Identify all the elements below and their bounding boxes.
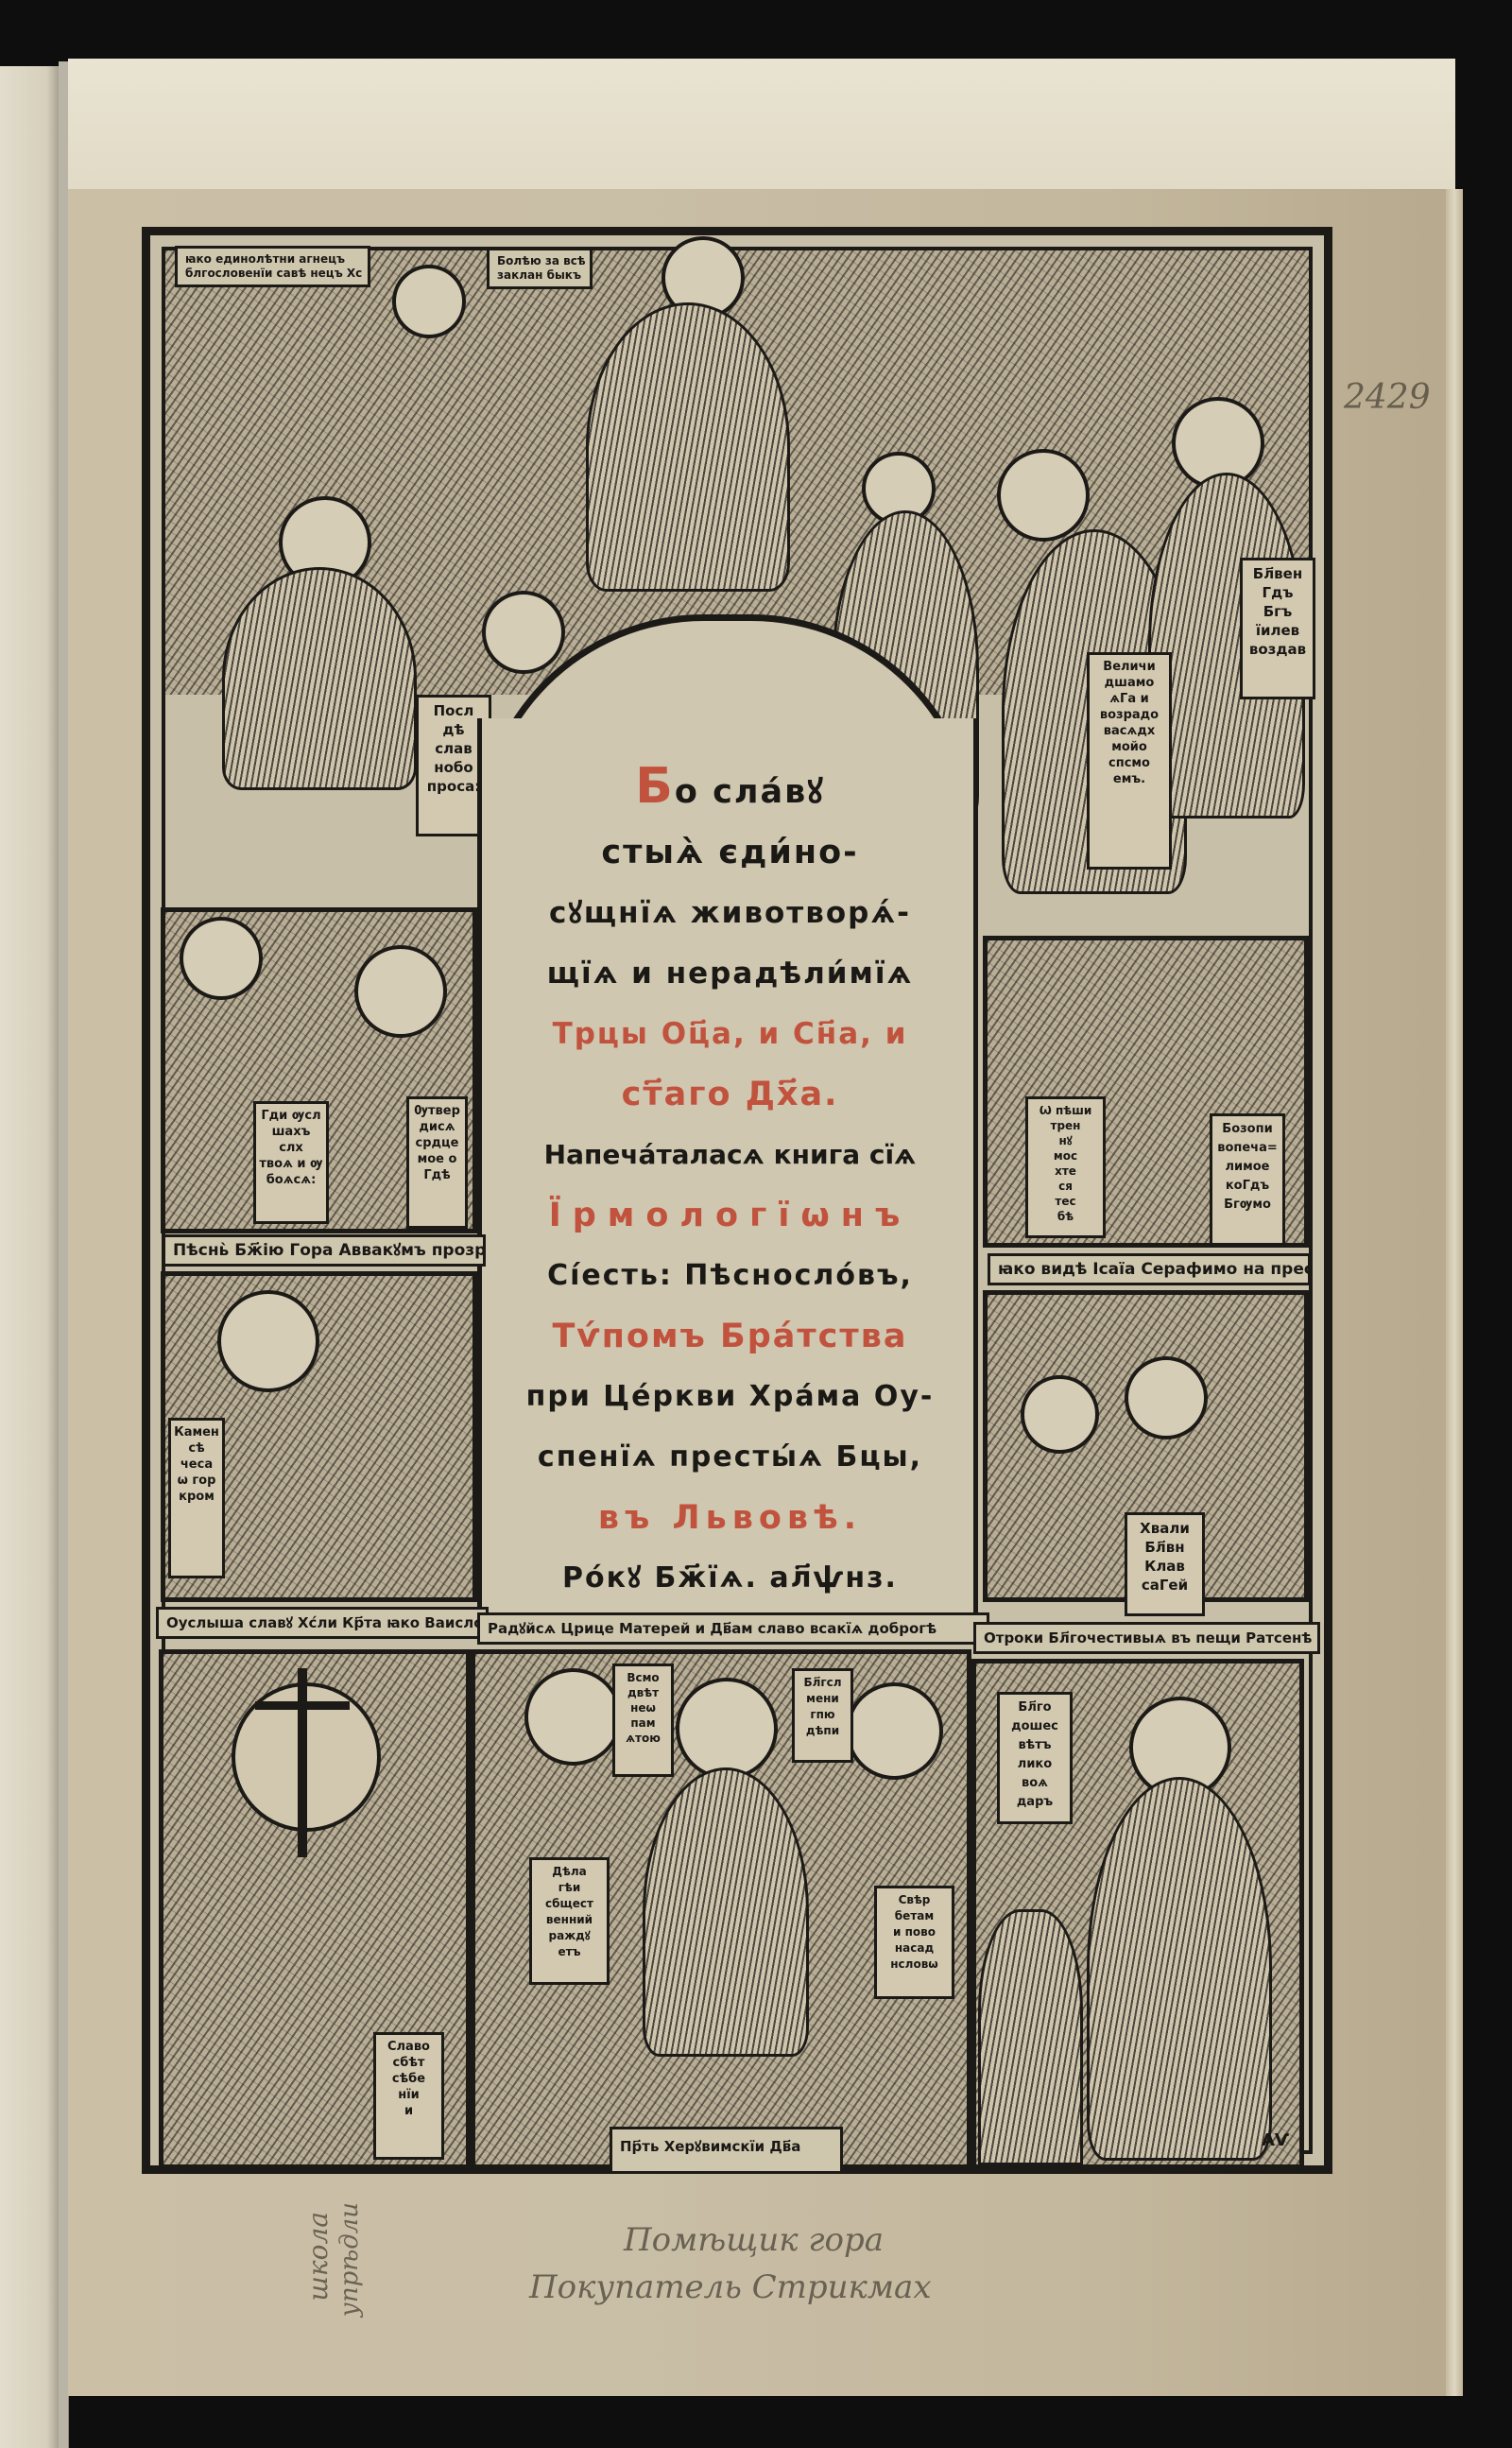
title-line-8: Їрмологїѡнъ (487, 1185, 973, 1246)
title-line-4: щїѧ и нерадѣли́мїѧ (487, 943, 973, 1004)
virgin-halo (997, 449, 1090, 542)
standing-saint-figure (1087, 1777, 1272, 2161)
lamb-halo (392, 265, 466, 338)
church-building (978, 1909, 1083, 2165)
handwriting-vertical-1: школа (302, 2212, 334, 2301)
banner-lower-right: Отроки Бл҃гочестивыѧ въ пещи Ратсенѣ (973, 1622, 1320, 1654)
plinth-inscription: Пр҃ть Херꙋвимскїи Дв҃а (610, 2127, 843, 2174)
title-line-11: при Цéркви Хра́ма Оу- (487, 1367, 973, 1427)
banner-mid-right: ꙗко видѣ Ісаїа Серафимо на престолѣ (988, 1253, 1311, 1285)
prophet-halo (482, 591, 565, 674)
enthroned-god-figure (586, 302, 790, 592)
saint-theodosius-halo (846, 1682, 943, 1780)
title-line-9: Сі́есть: Пѣснослóвъ, (487, 1246, 973, 1306)
title-line-13: въ Львовѣ. (487, 1488, 973, 1548)
banner-top-left: ꙗко единолѣтни агнецъ блгословенїи савѣ … (175, 246, 370, 287)
tablet-right-saint-1: Ѡ пѣши трен нꙋ мос хте ся тес бѣ (1025, 1096, 1106, 1238)
facing-page-edge (0, 66, 59, 2448)
banner-lower-left: Оуслыша славꙋ Хс́ли Кр҃та ꙗко Ваисловѣ (156, 1607, 489, 1639)
handwriting-vertical-2: упрѣдли (335, 2202, 364, 2317)
scroll-bottom-center-4: Свѣр бетам и пово насад нсловѡ (874, 1886, 954, 1999)
title-text: о слáвꙋ (675, 773, 825, 811)
tablet-left-saint-2: Ѹтвер дисѧ срдце мое о Гдѣ (406, 1096, 468, 1229)
banner-lower-center: Радꙋйсѧ Црице Матерей и Дв҃ам славо всак… (477, 1612, 989, 1645)
handwriting-line-2: Покупатель Стрикмах (529, 2268, 932, 2306)
banner-top-right: Болѣю за всѣ заклан быкъ (487, 248, 593, 289)
engraver-monogram: АѴ (1262, 2131, 1296, 2150)
title-line-12: спенїѧ престы́ѧ Бцы, (487, 1427, 973, 1488)
virgin-child-halo (676, 1678, 778, 1780)
tablet-left-saint-1: Гди ѹсл шахъ слх твоѧ и ѹ боѧсѧ: (253, 1101, 329, 1224)
title-line-6: ст҃аго Дх҃а. (487, 1064, 973, 1125)
tablet-right-saint-3: Хвали Бл҃вн Клав саГей (1125, 1512, 1205, 1616)
title-line-2: стыѧ̀ єди́но- (487, 822, 973, 883)
virgin-enthroned-figure (643, 1767, 809, 2057)
saint-halo (354, 945, 447, 1038)
title-line-7: Напеча́таласѧ книга сїѧ (487, 1125, 973, 1185)
scroll-bottom-center-2: Дѣла гѣи сбщест венний раждꙋ етъ (529, 1857, 610, 1985)
saint-halo (1021, 1375, 1099, 1454)
saint-antony-halo (524, 1668, 622, 1766)
banner-line: Болѣю за всѣ (497, 254, 586, 267)
title-block: Бо слáвꙋ стыѧ̀ єди́но- сꙋщнїѧ животворѧ́… (487, 756, 973, 1609)
tablet-upper-right: Бл҃вен Гдъ Бгъ їилев воздав (1240, 558, 1315, 699)
handwriting-line-1: Помѣщик гора (624, 2221, 884, 2259)
tablet-mary: Величи дшамо ѧГа и возрадо васѧдх мойо с… (1087, 652, 1172, 870)
king-david-harp-figure (222, 567, 417, 790)
tablet-right-saint-2: Бозопи вопеча= лимое коГдъ Бгѹмо (1210, 1113, 1285, 1246)
cross-bar (255, 1701, 350, 1710)
scroll-bottom-left: Славо сбѣт сѣбе нїи и (373, 2032, 444, 2160)
banner-line: ꙗко единолѣтни агнецъ (185, 252, 345, 266)
leaf-fore-edge (1446, 189, 1463, 2396)
drop-cap: Б (635, 758, 675, 815)
tablet-left-saint-3: Камен сѣ чеса ѡ гор кром (168, 1418, 225, 1578)
title-line-1: Бо слáвꙋ (487, 756, 973, 822)
banner-line: заклан быкъ (497, 268, 581, 282)
scroll-bottom-right: Бл҃го дошес вѣтъ лико воѧ даръ (997, 1692, 1073, 1824)
cross-icon (298, 1668, 307, 1857)
saint-halo (180, 917, 263, 1000)
banner-line: блгословенїи савѣ нецъ Хс (185, 267, 362, 280)
scroll-bottom-center-3: Бл҃гсл мени гпю дѣпи (792, 1668, 853, 1763)
scroll-bottom-center-1: Всмо двѣт неѡ пам ѧтою (612, 1664, 674, 1777)
handwritten-shelf-number: 2429 (1344, 378, 1431, 417)
saint-halo (1125, 1356, 1208, 1439)
banner-mid-left: Пѣснь̀ Бж҃ію Гора Аввакꙋмъ прозрѣ: (163, 1234, 486, 1267)
prophet-halo (217, 1290, 319, 1392)
title-line-10: Тѵ́помъ Бра́тства (487, 1306, 973, 1367)
title-line-3: сꙋщнїѧ животворѧ́- (487, 883, 973, 943)
title-line-14: Рóкꙋ Бж҃їѧ. ал҃ѱнз. (487, 1548, 973, 1609)
title-line-5: Трцы Оц҃а, и Сн҃а, и (487, 1004, 973, 1064)
